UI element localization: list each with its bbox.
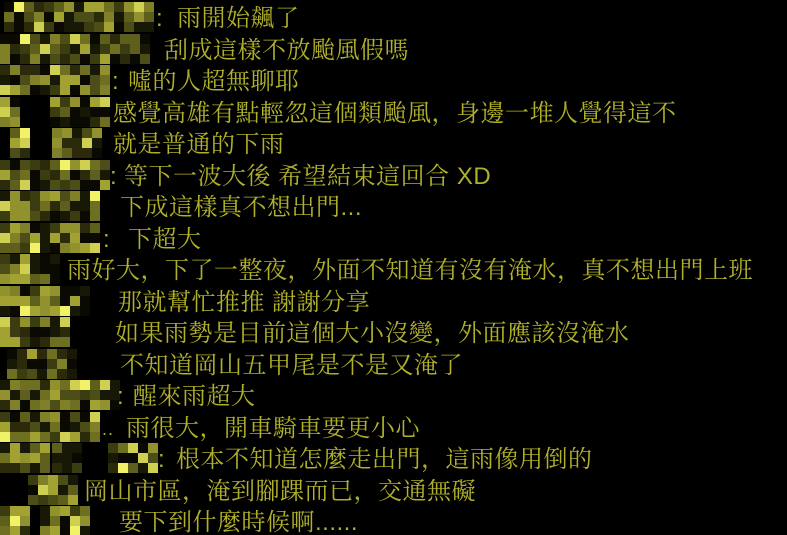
- colon-separator: :: [158, 445, 165, 475]
- push-comment-line: 刮成這樣不放颱風假嗎: [0, 36, 787, 66]
- comment-text: 岡山市區，淹到腳踝而已，交通無礙: [84, 477, 476, 507]
- colon-separator: :: [103, 225, 110, 255]
- censored-username-mosaic: [0, 160, 110, 190]
- comment-text: 感覺高雄有點輕忽這個類颱風，身邊一堆人覺得這不: [113, 99, 677, 129]
- push-comment-line: : 等下一波大後 希望結束這回合 XD: [0, 162, 787, 192]
- comment-text: 刮成這樣不放颱風假嗎: [164, 36, 409, 66]
- censored-username-mosaic: [0, 317, 70, 347]
- push-comment-line: 就是普通的下雨: [0, 130, 787, 160]
- comment-text: 等下一波大後 希望結束這回合 XD: [124, 162, 491, 192]
- ptt-push-comment-screen: : 雨開始飆了 刮成這樣不放颱風假嗎 : 噓的人超無聊耶 感覺高雄有點輕忽這個類…: [0, 0, 787, 535]
- push-comment-line: 雨好大，下了一整夜，外面不知道有沒有淹水，真不想出門上班: [0, 256, 787, 286]
- push-comment-line: 下成這樣真不想出門...: [0, 193, 787, 223]
- comment-text: 下成這樣真不想出門...: [120, 193, 362, 223]
- comment-text: 就是普通的下雨: [113, 130, 285, 160]
- censored-username-mosaic: [108, 443, 158, 473]
- comment-text: 根本不知道怎麼走出門，這雨像用倒的: [176, 445, 593, 475]
- push-comment-line: : 根本不知道怎麼走出門，這雨像用倒的: [0, 445, 787, 475]
- censored-username-mosaic: [0, 412, 100, 442]
- censored-username-mosaic: [7, 349, 77, 379]
- colon-separator: :: [117, 382, 124, 412]
- push-comment-line: 如果雨勢是目前這個大小沒變，外面應該沒淹水: [0, 319, 787, 349]
- push-comment-line: 感覺高雄有點輕忽這個類颱風，身邊一堆人覺得這不: [0, 99, 787, 129]
- push-comment-line: : 噓的人超無聊耶: [0, 67, 787, 97]
- censored-username-mosaic: [52, 128, 102, 158]
- comment-text: 噓的人超無聊耶: [128, 67, 300, 97]
- push-comment-line: : 雨開始飆了: [0, 4, 787, 34]
- censored-username-mosaic: [0, 34, 150, 64]
- colon-separator: :: [156, 4, 163, 34]
- push-comment-line: 那就幫忙推推 謝謝分享: [0, 288, 787, 318]
- comment-text: 如果雨勢是目前這個大小沒變，外面應該沒淹水: [115, 319, 630, 349]
- censored-username-mosaic: [0, 506, 30, 535]
- censored-username-mosaic: [0, 65, 110, 95]
- push-comment-line: 不知道岡山五甲尾是不是又淹了: [0, 351, 787, 381]
- comment-text: 下超大: [128, 225, 202, 255]
- comment-text: 要下到什麼時候啊......: [119, 508, 358, 535]
- comment-text: 雨開始飆了: [177, 4, 300, 34]
- comment-text: 不知道岡山五甲尾是不是又淹了: [120, 351, 463, 381]
- censored-username-mosaic: [0, 443, 50, 473]
- censored-username-mosaic: [52, 443, 82, 473]
- colon-separator: :: [110, 162, 117, 192]
- censored-username-mosaic: [10, 128, 30, 158]
- push-comment-line: : 下超大: [0, 225, 787, 255]
- censored-username-mosaic: [0, 254, 60, 284]
- push-comment-line: : 醒來雨超大: [0, 382, 787, 412]
- censored-username-mosaic: [50, 97, 110, 127]
- censored-username-mosaic: [0, 380, 90, 410]
- push-comment-line: 岡山市區，淹到腳踝而已，交通無礙: [0, 477, 787, 507]
- censored-username-mosaic: [4, 2, 154, 32]
- censored-username-mosaic: [0, 191, 100, 221]
- censored-username-mosaic: [0, 223, 100, 253]
- censored-username-mosaic: [90, 380, 120, 410]
- comment-text: 雨很大，開車騎車要更小心: [126, 414, 420, 444]
- censored-username-mosaic: [0, 97, 20, 127]
- colon-separator: :: [112, 67, 119, 97]
- censored-username-mosaic: [40, 506, 90, 535]
- comment-text: 醒來雨超大: [133, 382, 256, 412]
- comment-text: 那就幫忙推推 謝謝分享: [118, 288, 370, 318]
- comment-prefix-dots: ..: [102, 414, 114, 444]
- comment-text: 雨好大，下了一整夜，外面不知道有沒有淹水，真不想出門上班: [67, 256, 753, 286]
- push-comment-line: .. 雨很大，開車騎車要更小心: [0, 414, 787, 444]
- push-comment-line: 要下到什麼時候啊......: [0, 508, 787, 535]
- censored-username-mosaic: [0, 286, 90, 316]
- censored-username-mosaic: [28, 475, 78, 505]
